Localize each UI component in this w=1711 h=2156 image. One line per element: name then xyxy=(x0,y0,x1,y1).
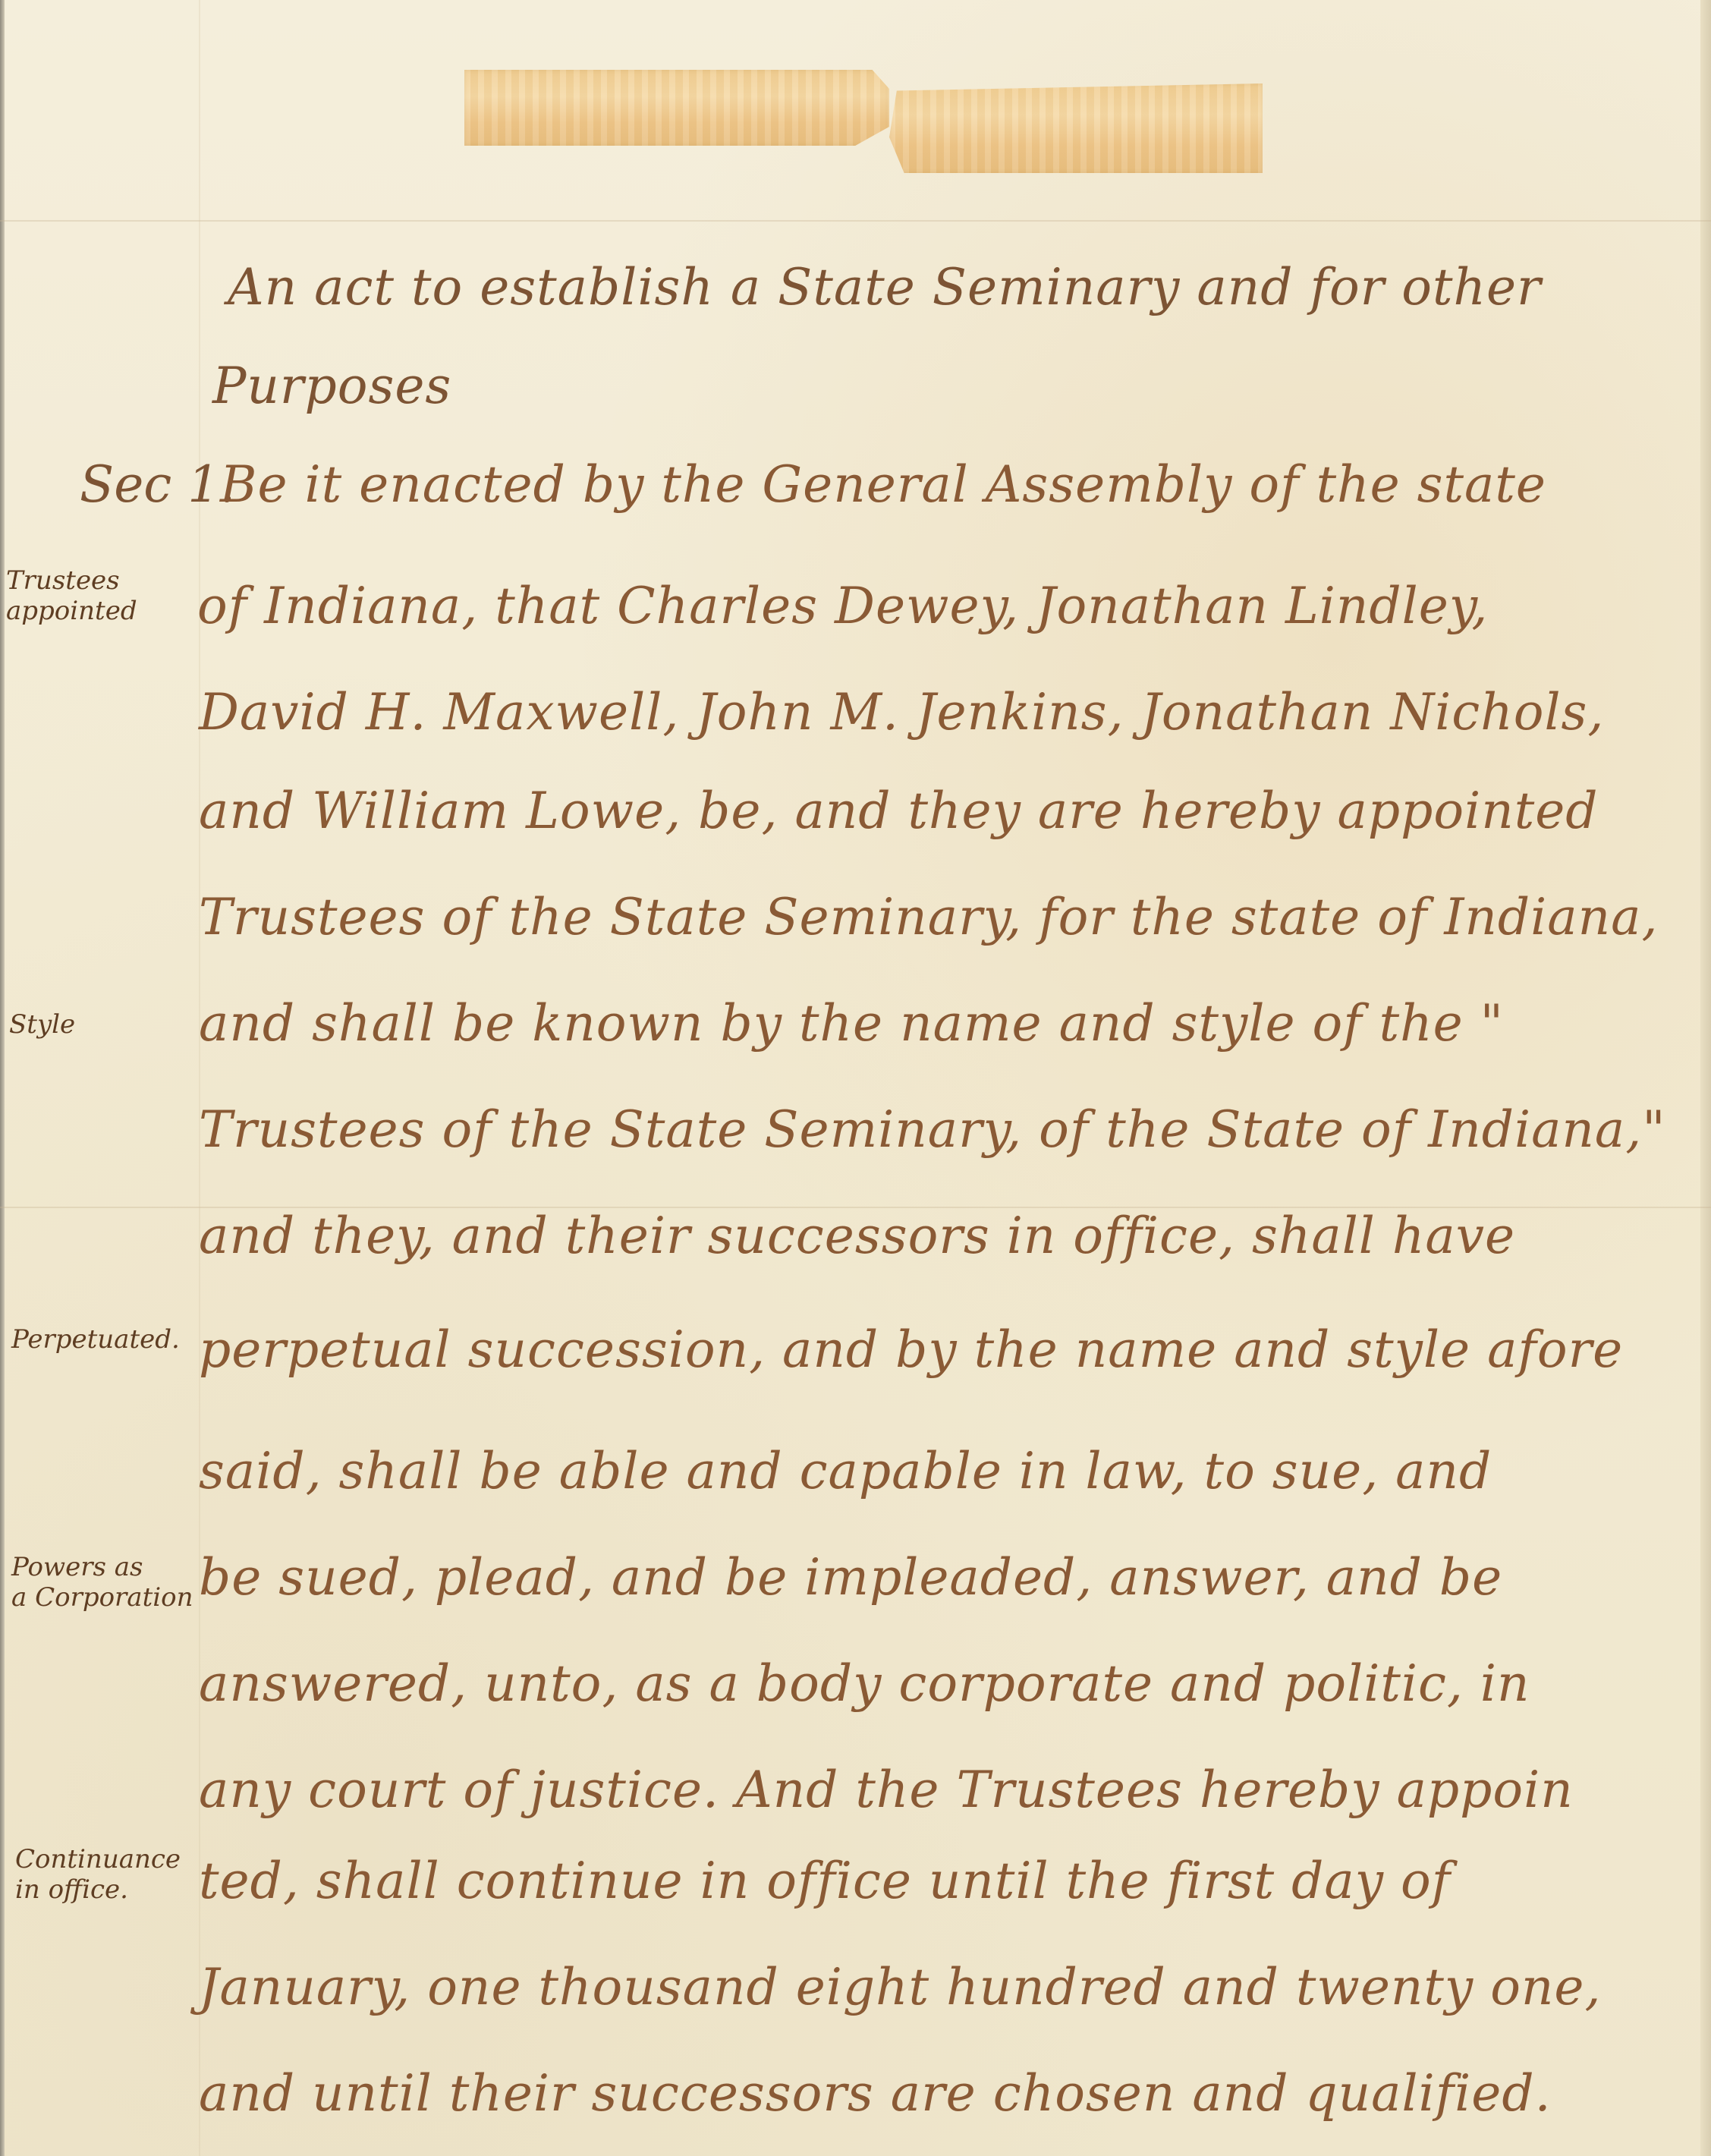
margin-note-trustees-appointed: Trustees appointed xyxy=(6,565,137,626)
section-label: Sec 1. xyxy=(80,455,235,514)
ribbon-seal-right xyxy=(889,83,1263,173)
body-line: ted, shall continue in office until the … xyxy=(199,1852,1451,1910)
margin-note-style: Style xyxy=(9,1009,75,1040)
margin-note-line: Continuance xyxy=(15,1844,181,1874)
margin-note-perpetuated: Perpetuated. xyxy=(11,1324,180,1355)
margin-note-line: Style xyxy=(9,1009,75,1040)
margin-note-line: Powers as xyxy=(11,1552,193,1582)
body-line: and until their successors are chosen an… xyxy=(199,2064,1552,2123)
document-title: An act to establish a State Seminary and… xyxy=(228,258,1542,316)
margin-note-line: in office. xyxy=(15,1874,181,1905)
margin-note-continuance-in-office: Continuance in office. xyxy=(15,1844,181,1905)
margin-note-line: a Corporation xyxy=(11,1582,193,1613)
body-line: David H. Maxwell, John M. Jenkins, Jonat… xyxy=(199,683,1604,741)
margin-rule xyxy=(199,0,200,2156)
fold-line xyxy=(0,220,1711,222)
margin-note-line: Perpetuated. xyxy=(11,1324,180,1355)
body-line: any court of justice. And the Trustees h… xyxy=(199,1761,1574,1819)
body-line: of Indiana, that Charles Dewey, Jonathan… xyxy=(197,577,1488,635)
document-title-continued: Purposes xyxy=(212,357,451,415)
body-line: January, one thousand eight hundred and … xyxy=(199,1958,1601,2016)
body-line: and shall be known by the name and style… xyxy=(199,994,1504,1053)
ribbon-seal-left xyxy=(464,70,889,146)
body-line: and William Lowe, be, and they are hereb… xyxy=(199,782,1599,840)
body-line: Trustees of the State Seminary, for the … xyxy=(199,888,1658,946)
body-line: perpetual succession, and by the name an… xyxy=(199,1320,1623,1379)
page-left-edge xyxy=(0,0,5,2156)
body-line: be sued, plead, and be impleaded, answer… xyxy=(199,1548,1502,1607)
body-line: and they, and their successors in office… xyxy=(199,1207,1515,1265)
body-line: said, shall be able and capable in law, … xyxy=(199,1442,1492,1500)
body-line: Be it enacted by the General Assembly of… xyxy=(220,455,1546,514)
margin-note-powers-as-corporation: Powers as a Corporation xyxy=(11,1552,193,1613)
margin-note-line: appointed xyxy=(6,596,137,626)
body-line: Trustees of the State Seminary, of the S… xyxy=(199,1100,1666,1159)
manuscript-page: An act to establish a State Seminary and… xyxy=(0,0,1711,2156)
page-right-edge xyxy=(1700,0,1711,2156)
body-line: answered, unto, as a body corporate and … xyxy=(199,1654,1530,1713)
margin-note-line: Trustees xyxy=(6,565,137,596)
